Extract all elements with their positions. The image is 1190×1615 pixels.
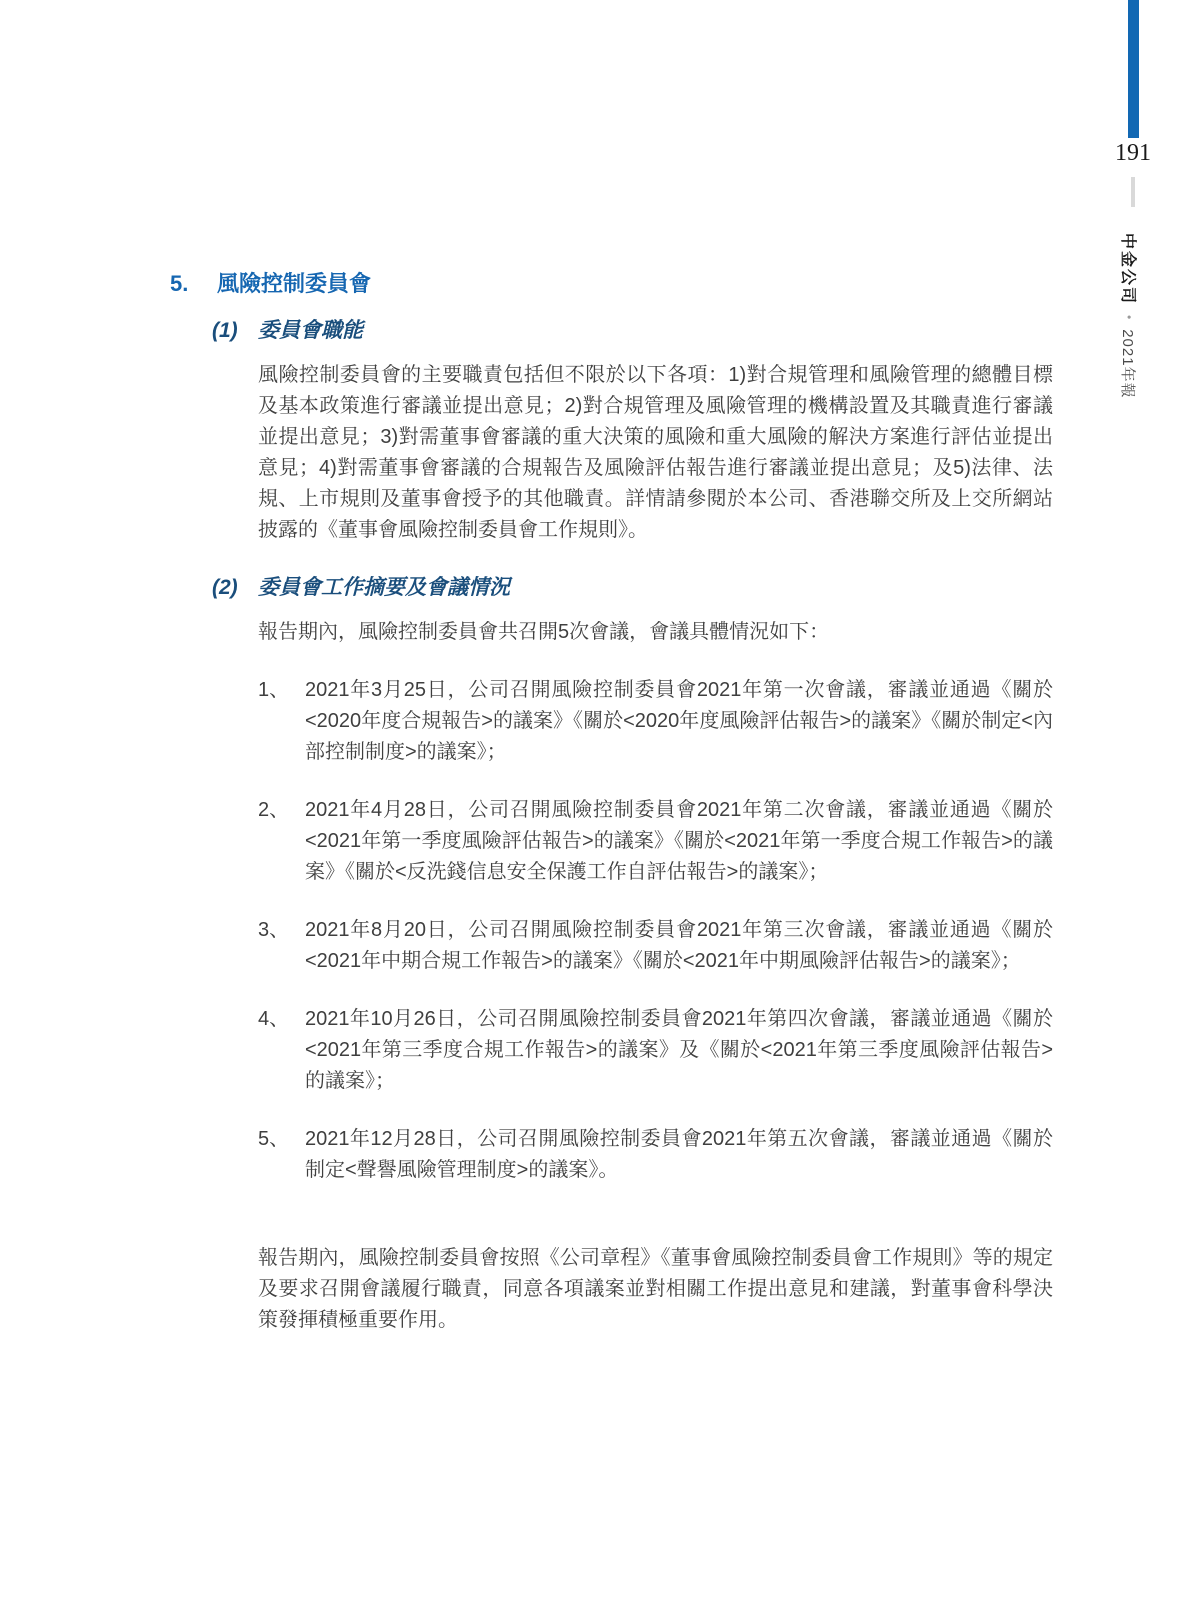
page-number-rule (1131, 177, 1135, 207)
meeting-list-item: 4、 2021年10月26日，公司召開風險控制委員會2021年第四次會議，審議並… (258, 1004, 1053, 1097)
side-edition-year: 2021年報 (1119, 329, 1136, 398)
subsection-title: 委員會工作摘要及會議情況 (258, 574, 510, 601)
subsection-title: 委員會職能 (258, 317, 363, 344)
subsection-committee-functions: (1) 委員會職能 風險控制委員會的主要職責包括但不限於以下各項：1)對合規管理… (212, 317, 1053, 546)
meeting-list-item: 5、 2021年12月28日，公司召開風險控制委員會2021年第五次會議，審議並… (258, 1124, 1053, 1186)
section-title: 風險控制委員會 (217, 270, 371, 298)
subsection-number: (2) (212, 574, 258, 601)
meeting-item-marker: 3、 (258, 915, 305, 977)
meeting-item-text: 2021年10月26日，公司召開風險控制委員會2021年第四次會議，審議並通過《… (305, 1004, 1053, 1097)
meeting-item-text: 2021年4月28日，公司召開風險控制委員會2021年第二次會議，審議並通過《關… (305, 795, 1053, 888)
meeting-item-marker: 2、 (258, 795, 305, 888)
meeting-item-marker: 1、 (258, 675, 305, 768)
main-content: 5. 風險控制委員會 (1) 委員會職能 風險控制委員會的主要職責包括但不限於以… (170, 270, 1053, 1336)
section-number: 5. (170, 270, 217, 298)
subsection-number: (1) (212, 317, 258, 344)
closing-paragraph: 報告期內，風險控制委員會按照《公司章程》《董事會風險控制委員會工作規則》等的規定… (258, 1243, 1053, 1336)
side-company-name: 中金公司 (1119, 233, 1136, 305)
side-bullet-separator: • (1122, 315, 1136, 319)
report-page: 191 中金公司•2021年報 5. 風險控制委員會 (1) 委員會職能 風險控… (0, 0, 1190, 1615)
meetings-intro-paragraph: 報告期內，風險控制委員會共召開5次會議，會議具體情況如下： (258, 617, 1053, 648)
section-heading: 5. 風險控制委員會 (170, 270, 1053, 298)
meeting-item-text: 2021年3月25日，公司召開風險控制委員會2021年第一次會議，審議並通過《關… (305, 675, 1053, 768)
page-edge-accent-bar (1128, 0, 1139, 138)
meeting-list-item: 3、 2021年8月20日，公司召開風險控制委員會2021年第三次會議，審議並通… (258, 915, 1053, 977)
meeting-list-item: 2、 2021年4月28日，公司召開風險控制委員會2021年第二次會議，審議並通… (258, 795, 1053, 888)
meeting-item-marker: 4、 (258, 1004, 305, 1097)
meeting-item-marker: 5、 (258, 1124, 305, 1186)
page-number: 191 (1106, 140, 1160, 167)
subsection-heading: (1) 委員會職能 (212, 317, 1053, 344)
side-caption: 中金公司•2021年報 (1118, 233, 1141, 399)
meeting-list-item: 1、 2021年3月25日，公司召開風險控制委員會2021年第一次會議，審議並通… (258, 675, 1053, 768)
meeting-item-text: 2021年8月20日，公司召開風險控制委員會2021年第三次會議，審議並通過《關… (305, 915, 1053, 977)
subsection-work-summary: (2) 委員會工作摘要及會議情況 報告期內，風險控制委員會共召開5次會議，會議具… (212, 574, 1053, 1336)
subsection-heading: (2) 委員會工作摘要及會議情況 (212, 574, 1053, 601)
committee-functions-paragraph: 風險控制委員會的主要職責包括但不限於以下各項：1)對合規管理和風險管理的總體目標… (258, 360, 1053, 546)
meeting-item-text: 2021年12月28日，公司召開風險控制委員會2021年第五次會議，審議並通過《… (305, 1124, 1053, 1186)
